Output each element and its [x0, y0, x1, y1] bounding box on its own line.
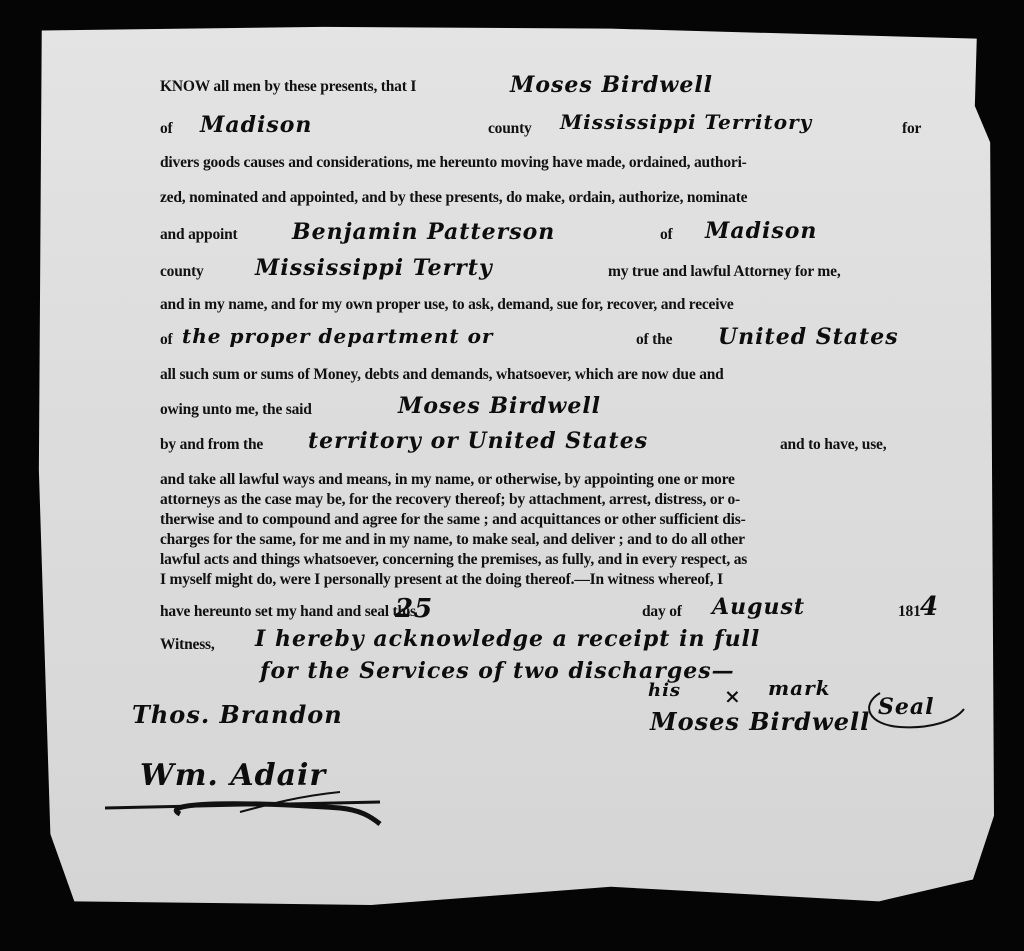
printed-text: of — [660, 226, 673, 244]
printed-text: charges for the same, for me and in my n… — [160, 531, 745, 549]
printed-text: I myself might do, were I personally pre… — [160, 571, 723, 589]
attorney-territory: Mississippi Terrty — [255, 255, 493, 281]
printed-text: my true and lawful Attorney for me, — [608, 263, 841, 281]
receive-from: the proper department or — [182, 324, 493, 348]
printed-text: by and from the — [160, 436, 263, 454]
printed-text: county — [488, 120, 532, 138]
printed-text: lawful acts and things whatsoever, conce… — [160, 551, 747, 569]
printed-text: zed, nominated and appointed, and by the… — [160, 189, 747, 207]
printed-text: have hereunto set my hand and seal this — [160, 603, 416, 621]
grantor-county: Madison — [200, 112, 312, 138]
mark-x: × — [724, 684, 742, 708]
mark-word: mark — [768, 676, 831, 700]
signature-flourish — [100, 790, 400, 835]
grantor-signature: Moses Birdwell — [650, 707, 870, 736]
day-value: 25 — [395, 594, 433, 624]
printed-text: for — [902, 120, 921, 138]
printed-text: of — [160, 120, 173, 138]
printed-text: of the — [636, 331, 672, 349]
printed-text: owing unto me, the said — [160, 401, 312, 419]
of-the-entity: United States — [718, 324, 899, 350]
printed-text: attorneys as the case may be, for the re… — [160, 491, 740, 509]
grantor-territory: Mississippi Territory — [560, 110, 812, 134]
printed-text: day of — [642, 603, 682, 621]
printed-text: therwise and to compound and agree for t… — [160, 511, 746, 529]
printed-text: and take all lawful ways and means, in m… — [160, 471, 735, 489]
attorney-name: Benjamin Patterson — [292, 219, 555, 245]
receipt-line-1: I hereby acknowledge a receipt in full — [255, 626, 760, 652]
printed-text: Witness, — [160, 636, 215, 654]
printed-text: and appoint — [160, 226, 238, 244]
printed-text: of — [160, 331, 173, 349]
grantor-name: Moses Birdwell — [510, 72, 713, 98]
printed-text: 181 — [898, 603, 921, 621]
mark-his: his — [648, 680, 681, 701]
printed-text: divers goods causes and considerations, … — [160, 154, 747, 172]
year-suffix: 4 — [920, 592, 939, 622]
printed-text: and to have, use, — [780, 436, 886, 454]
said-name: Moses Birdwell — [398, 393, 601, 419]
printed-text: all such sum or sums of Money, debts and… — [160, 366, 724, 384]
printed-text: county — [160, 263, 204, 281]
attorney-county: Madison — [705, 218, 817, 244]
witness-1-signature: Thos. Brandon — [132, 700, 343, 729]
printed-text: and in my name, and for my own proper us… — [160, 296, 734, 314]
seal-flourish — [860, 685, 970, 735]
printed-text: KNOW all men by these presents, that I — [160, 78, 416, 96]
month-value: August — [712, 594, 805, 620]
witness-2-signature: Wm. Adair — [140, 758, 326, 793]
by-and-from: territory or United States — [308, 428, 648, 454]
